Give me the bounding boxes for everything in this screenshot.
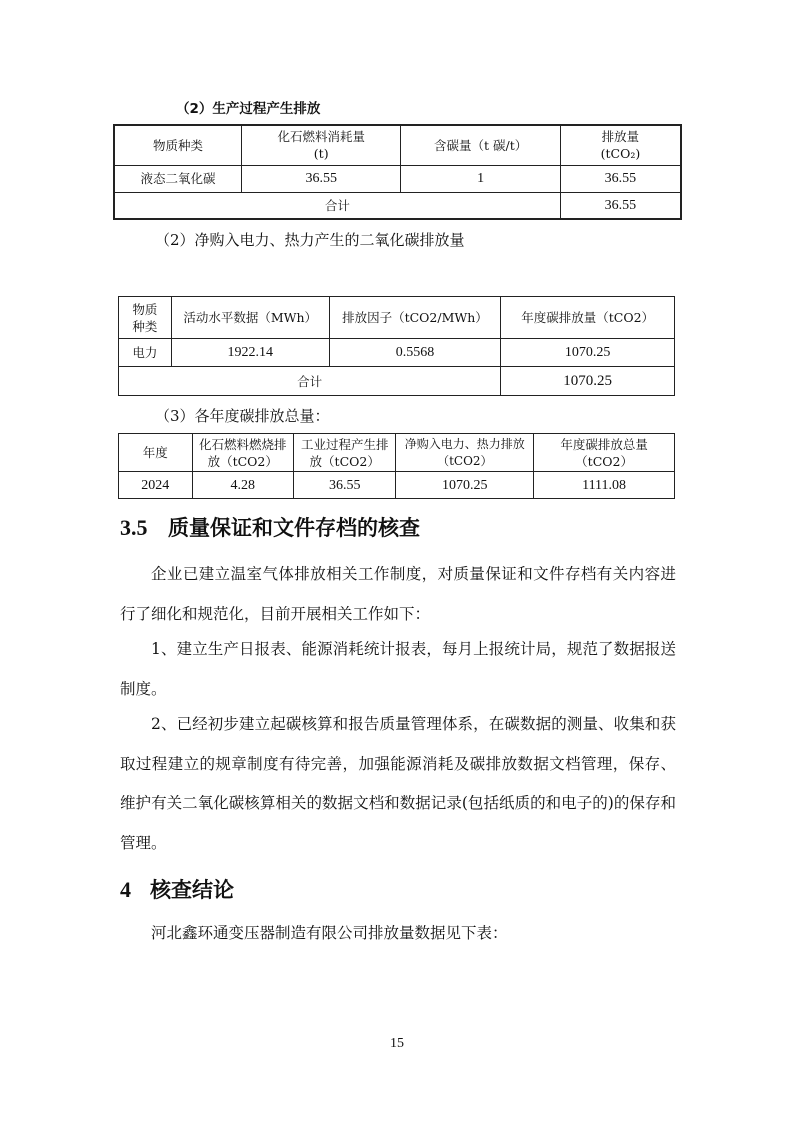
- table-header-row: 物质种类 活动水平数据（MWh） 排放因子（tCO2/MWh） 年度碳排放量（t…: [119, 297, 675, 339]
- heading-title: 核查结论: [150, 878, 234, 902]
- table-row: 液态二氧化碳 36.55 1 36.55: [114, 165, 681, 192]
- cell-power: 1070.25: [396, 472, 534, 499]
- cell-carbon: 1: [401, 165, 560, 192]
- cell-total: 1111.08: [534, 472, 675, 499]
- header-year: 年度: [119, 434, 193, 472]
- heading-number: 4: [120, 877, 150, 903]
- cell-year: 2024: [119, 472, 193, 499]
- cell-total-value: 1070.25: [501, 367, 675, 396]
- caption-annual-totals: （3）各年度碳排放总量：: [155, 405, 330, 426]
- header-material: 物质种类: [119, 297, 172, 339]
- header-annual-total: 年度碳排放总量（tCO2）: [534, 434, 675, 472]
- caption-production-emissions: （2）生产过程产生排放: [176, 97, 320, 117]
- cell-total-label: 合计: [114, 192, 560, 219]
- header-annual-emission: 年度碳排放量（tCO2）: [501, 297, 675, 339]
- cell-activity: 1922.14: [171, 339, 329, 367]
- cell-material: 液态二氧化碳: [114, 165, 241, 192]
- table-header-row: 年度 化石燃料燃烧排放（tCO2） 工业过程产生排放（tCO2） 净购入电力、热…: [119, 434, 675, 472]
- table-row: 2024 4.28 36.55 1070.25 1111.08: [119, 472, 675, 499]
- power-emissions-table: 物质种类 活动水平数据（MWh） 排放因子（tCO2/MWh） 年度碳排放量（t…: [118, 296, 675, 396]
- table-row: 电力 1922.14 0.5568 1070.25: [119, 339, 675, 367]
- production-emissions-table: 物质种类 化石燃料消耗量(t) 含碳量（t 碳/t） 排放量(tCO₂) 液态二…: [113, 124, 682, 220]
- annual-totals-table: 年度 化石燃料燃烧排放（tCO2） 工业过程产生排放（tCO2） 净购入电力、热…: [118, 433, 675, 499]
- paragraph-intro: 企业已建立温室气体排放相关工作制度，对质量保证和文件存档有关内容进行了细化和规范…: [120, 555, 676, 634]
- heading-title: 质量保证和文件存档的核查: [168, 516, 420, 540]
- page-number: 15: [0, 1036, 794, 1052]
- cell-fossil: 4.28: [192, 472, 293, 499]
- paragraph-conclusion: 河北鑫环通变压器制造有限公司排放量数据见下表：: [120, 914, 676, 954]
- header-fuel-consumption: 化石燃料消耗量(t): [241, 125, 400, 165]
- cell-material: 电力: [119, 339, 172, 367]
- table-header-row: 物质种类 化石燃料消耗量(t) 含碳量（t 碳/t） 排放量(tCO₂): [114, 125, 681, 165]
- heading-4: 4核查结论: [120, 874, 234, 904]
- paragraph-item-1: 1、建立生产日报表、能源消耗统计报表，每月上报统计局，规范了数据报送制度。: [120, 630, 676, 709]
- cell-factor: 0.5568: [329, 339, 501, 367]
- cell-consumption: 36.55: [241, 165, 400, 192]
- table-total-row: 合计 36.55: [114, 192, 681, 219]
- header-activity-data: 活动水平数据（MWh）: [171, 297, 329, 339]
- cell-emission: 36.55: [560, 165, 681, 192]
- header-purchased-power: 净购入电力、热力排放（tCO2）: [396, 434, 534, 472]
- heading-3-5: 3.5质量保证和文件存档的核查: [120, 512, 420, 542]
- header-emission-factor: 排放因子（tCO2/MWh）: [329, 297, 501, 339]
- table-total-row: 合计 1070.25: [119, 367, 675, 396]
- header-carbon-content: 含碳量（t 碳/t）: [401, 125, 560, 165]
- heading-number: 3.5: [120, 515, 168, 541]
- paragraph-item-2: 2、已经初步建立起碳核算和报告质量管理体系，在碳数据的测量、收集和获取过程建立的…: [120, 705, 676, 863]
- header-fossil-combustion: 化石燃料燃烧排放（tCO2）: [192, 434, 293, 472]
- cell-industrial: 36.55: [293, 472, 396, 499]
- cell-total-label: 合计: [119, 367, 501, 396]
- cell-total-value: 36.55: [560, 192, 681, 219]
- header-material: 物质种类: [114, 125, 241, 165]
- cell-emission: 1070.25: [501, 339, 675, 367]
- header-emission: 排放量(tCO₂): [560, 125, 681, 165]
- caption-power-emissions: （2）净购入电力、热力产生的二氧化碳排放量: [155, 229, 465, 250]
- header-industrial-process: 工业过程产生排放（tCO2）: [293, 434, 396, 472]
